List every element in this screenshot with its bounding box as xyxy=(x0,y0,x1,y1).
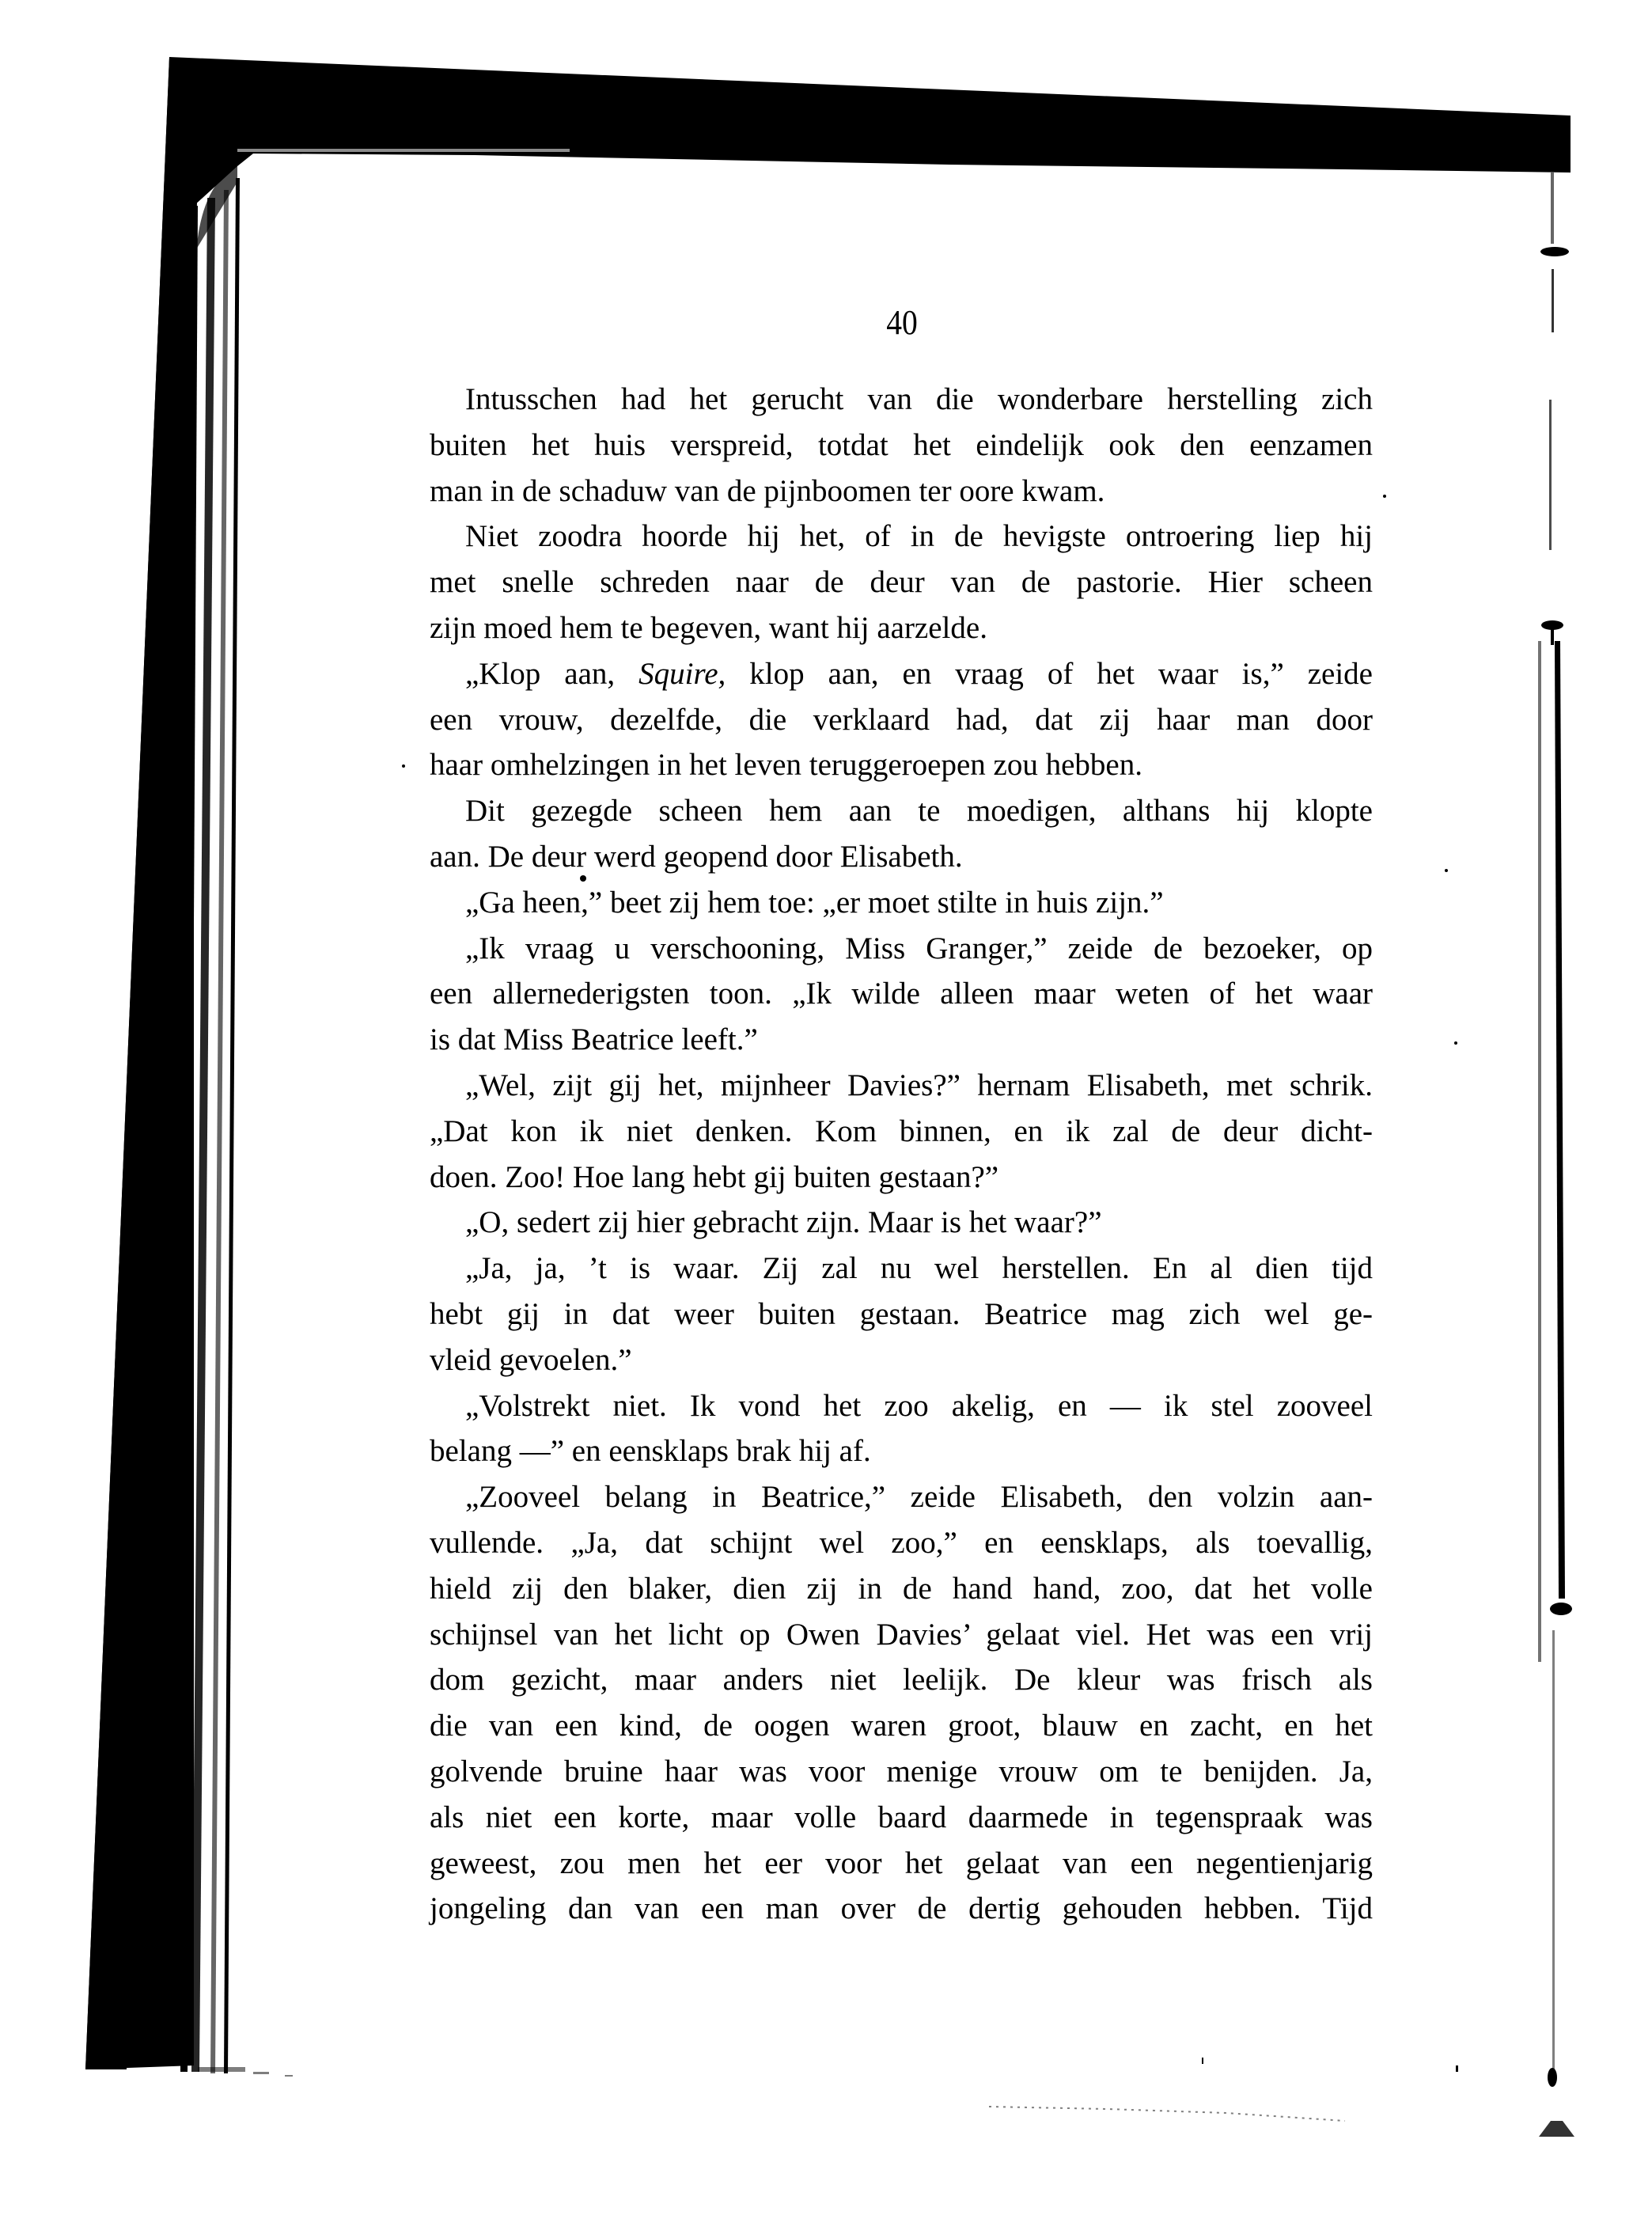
text-line: doen. Zoo! Hoe lang hebt gij buiten gest… xyxy=(430,1155,1373,1201)
italic-word: Squire, xyxy=(638,657,726,691)
text-line: „Klop aan, Squire, klop aan, en vraag of… xyxy=(465,651,1373,697)
text-line: geweest, zou men het eer voor het gelaat… xyxy=(430,1841,1373,1887)
text-line: een vrouw, dezelfde, die verklaard had, … xyxy=(430,697,1373,743)
text-line: dom gezicht, maar anders niet leelijk. D… xyxy=(430,1657,1373,1703)
text-line: is dat Miss Beatrice leeft.” xyxy=(430,1017,1373,1063)
text-line: jongeling dan van een man over de dertig… xyxy=(430,1886,1373,1932)
text-line: zijn moed hem te begeven, want hij aarze… xyxy=(430,605,1373,651)
text-line: „O, sedert zij hier gebracht zijn. Maar … xyxy=(465,1200,1373,1246)
text-line: die van een kind, de oogen waren groot, … xyxy=(430,1703,1373,1749)
page-number: 40 xyxy=(866,305,938,340)
text-line: „Wel, zijt gij het, mijnheer Davies?” he… xyxy=(465,1063,1373,1109)
bottom-page-edge xyxy=(989,2107,1345,2121)
text-line: hield zij den blaker, dien zij in de han… xyxy=(430,1566,1373,1612)
text-line: „Ga heen,” beet zij hem toe: „er moet st… xyxy=(465,880,1373,926)
text-line: als niet een korte, maar volle baard daa… xyxy=(430,1795,1373,1841)
text-line: buiten het huis verspreid, totdat het ei… xyxy=(430,423,1373,468)
text-line: „Volstrekt niet. Ik vond het zoo akelig,… xyxy=(465,1383,1373,1429)
text-line: Niet zoodra hoorde hij het, of in de hev… xyxy=(465,514,1373,559)
text-line: golvende bruine haar was voor menige vro… xyxy=(430,1749,1373,1795)
text-line: schijnsel van het licht op Owen Davies’ … xyxy=(430,1612,1373,1658)
text-line: „Dat kon ik niet denken. Kom binnen, en … xyxy=(430,1109,1373,1155)
text-line: vleid gevoelen.” xyxy=(430,1337,1373,1383)
text-line: Dit gezegde scheen hem aan te moedigen, … xyxy=(465,788,1373,834)
right-page-edge xyxy=(1538,173,1574,2137)
text-line: een allernederigsten toon. „Ik wilde all… xyxy=(430,971,1373,1017)
text-line: belang —” en eensklaps brak hij af. xyxy=(430,1428,1373,1474)
text-line: „Zooveel belang in Beatrice,” zeide Elis… xyxy=(465,1474,1373,1520)
text-line: „Ja, ja, ’t is waar. Zij zal nu wel hers… xyxy=(465,1246,1373,1292)
bottom-speckle xyxy=(198,2067,293,2077)
text-line: hebt gij in dat weer buiten gestaan. Bea… xyxy=(430,1292,1373,1337)
text-line: met snelle schreden naar de deur van de … xyxy=(430,559,1373,605)
text-line: vullende. „Ja, dat schijnt wel zoo,” en … xyxy=(430,1520,1373,1566)
text-line: „Ik vraag u verschooning, Miss Granger,”… xyxy=(465,926,1373,972)
text-line: Intusschen had het gerucht van die wonde… xyxy=(465,377,1373,423)
text-line: aan. De deur werd geopend door Elisabeth… xyxy=(430,834,1373,880)
text-line: man in de schaduw van de pijnboomen ter … xyxy=(430,468,1373,514)
text-line: haar omhelzingen in het leven teruggeroe… xyxy=(430,742,1373,788)
